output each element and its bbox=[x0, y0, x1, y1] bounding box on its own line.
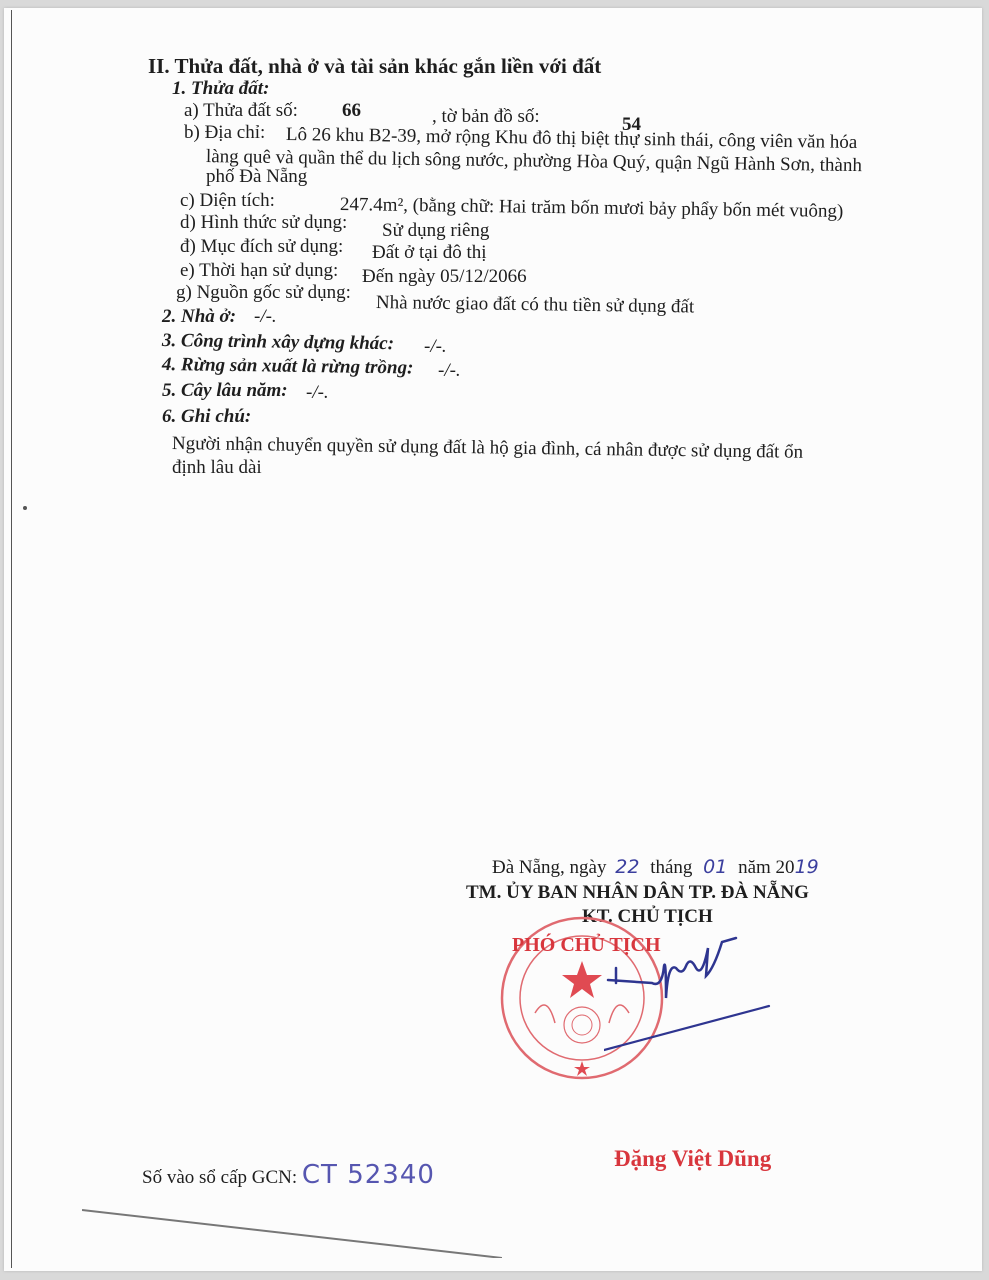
area-label: c) Diện tích: bbox=[180, 190, 275, 212]
usage-purpose-label: đ) Mục đích sử dụng: bbox=[180, 236, 343, 258]
signature-icon bbox=[604, 928, 774, 1068]
land-parcel-heading: 1. Thửa đất: bbox=[172, 78, 269, 100]
map-sheet-label: , tờ bản đồ số: bbox=[432, 106, 540, 128]
day-handwritten: 22 bbox=[615, 856, 639, 878]
origin-value: Nhà nước giao đất có thu tiền sử dụng đấ… bbox=[376, 292, 694, 318]
other-construction-heading: 3. Công trình xây dựng khác: bbox=[162, 330, 394, 355]
parcel-number-value: 66 bbox=[342, 100, 361, 122]
registry-label: Số vào sổ cấp GCN: bbox=[142, 1167, 297, 1188]
usage-term-label: e) Thời hạn sử dụng: bbox=[180, 260, 338, 282]
place-date-prefix: Đà Nẵng, ngày bbox=[492, 857, 607, 878]
perennial-trees-value: -/-. bbox=[306, 382, 329, 404]
address-label: b) Địa chỉ: bbox=[184, 122, 265, 144]
scan-mark bbox=[23, 506, 27, 510]
perennial-trees-heading: 5. Cây lâu năm: bbox=[162, 380, 288, 402]
origin-label: g) Nguồn gốc sử dụng: bbox=[176, 282, 351, 304]
area-value: 247.4m², (bằng chữ: Hai trăm bốn mươi bả… bbox=[340, 194, 844, 223]
parcel-number-label: a) Thửa đất số: bbox=[184, 100, 298, 122]
usage-term-value: Đến ngày 05/12/2066 bbox=[362, 266, 527, 288]
notes-line-2: định lâu dài bbox=[172, 456, 262, 480]
bottom-rule-right bbox=[502, 1238, 962, 1258]
month-label: tháng bbox=[650, 857, 692, 878]
year-handwritten: 19 bbox=[795, 856, 819, 878]
other-construction-value: -/-. bbox=[424, 336, 447, 358]
authority: TM. ỦY BAN NHÂN DÂN TP. ĐÀ NẴNG bbox=[466, 882, 809, 904]
registry-value-handwritten: CT 52340 bbox=[302, 1160, 435, 1190]
signer-name: Đặng Việt Dũng bbox=[614, 1146, 771, 1172]
production-forest-heading: 4. Rừng sản xuất là rừng trồng: bbox=[162, 354, 414, 380]
usage-form-label: d) Hình thức sử dụng: bbox=[180, 212, 347, 234]
notes-heading: 6. Ghi chú: bbox=[162, 406, 251, 428]
page-border-line bbox=[11, 10, 12, 1268]
section-title: II. Thửa đất, nhà ở và tài sản khác gắn … bbox=[148, 54, 601, 79]
usage-purpose-value: Đất ở tại đô thị bbox=[372, 242, 487, 264]
house-value: -/-. bbox=[254, 306, 277, 328]
production-forest-value: -/-. bbox=[438, 360, 461, 382]
address-line-3: phố Đà Nẵng bbox=[206, 166, 307, 188]
registry-number: Số vào sổ cấp GCN: CT 52340 bbox=[142, 1160, 435, 1190]
bottom-rule bbox=[82, 1198, 502, 1258]
month-handwritten: 01 bbox=[703, 856, 727, 878]
certificate-page: II. Thửa đất, nhà ở và tài sản khác gắn … bbox=[4, 8, 982, 1271]
place-date: Đà Nẵng, ngày 22 tháng 01 năm 2019 bbox=[492, 856, 819, 879]
year-label: năm 20 bbox=[738, 857, 794, 878]
house-heading: 2. Nhà ở: bbox=[162, 306, 236, 328]
notes-line-1: Người nhận chuyển quyền sử dụng đất là h… bbox=[172, 432, 803, 465]
usage-form-value: Sử dụng riêng bbox=[382, 220, 489, 242]
